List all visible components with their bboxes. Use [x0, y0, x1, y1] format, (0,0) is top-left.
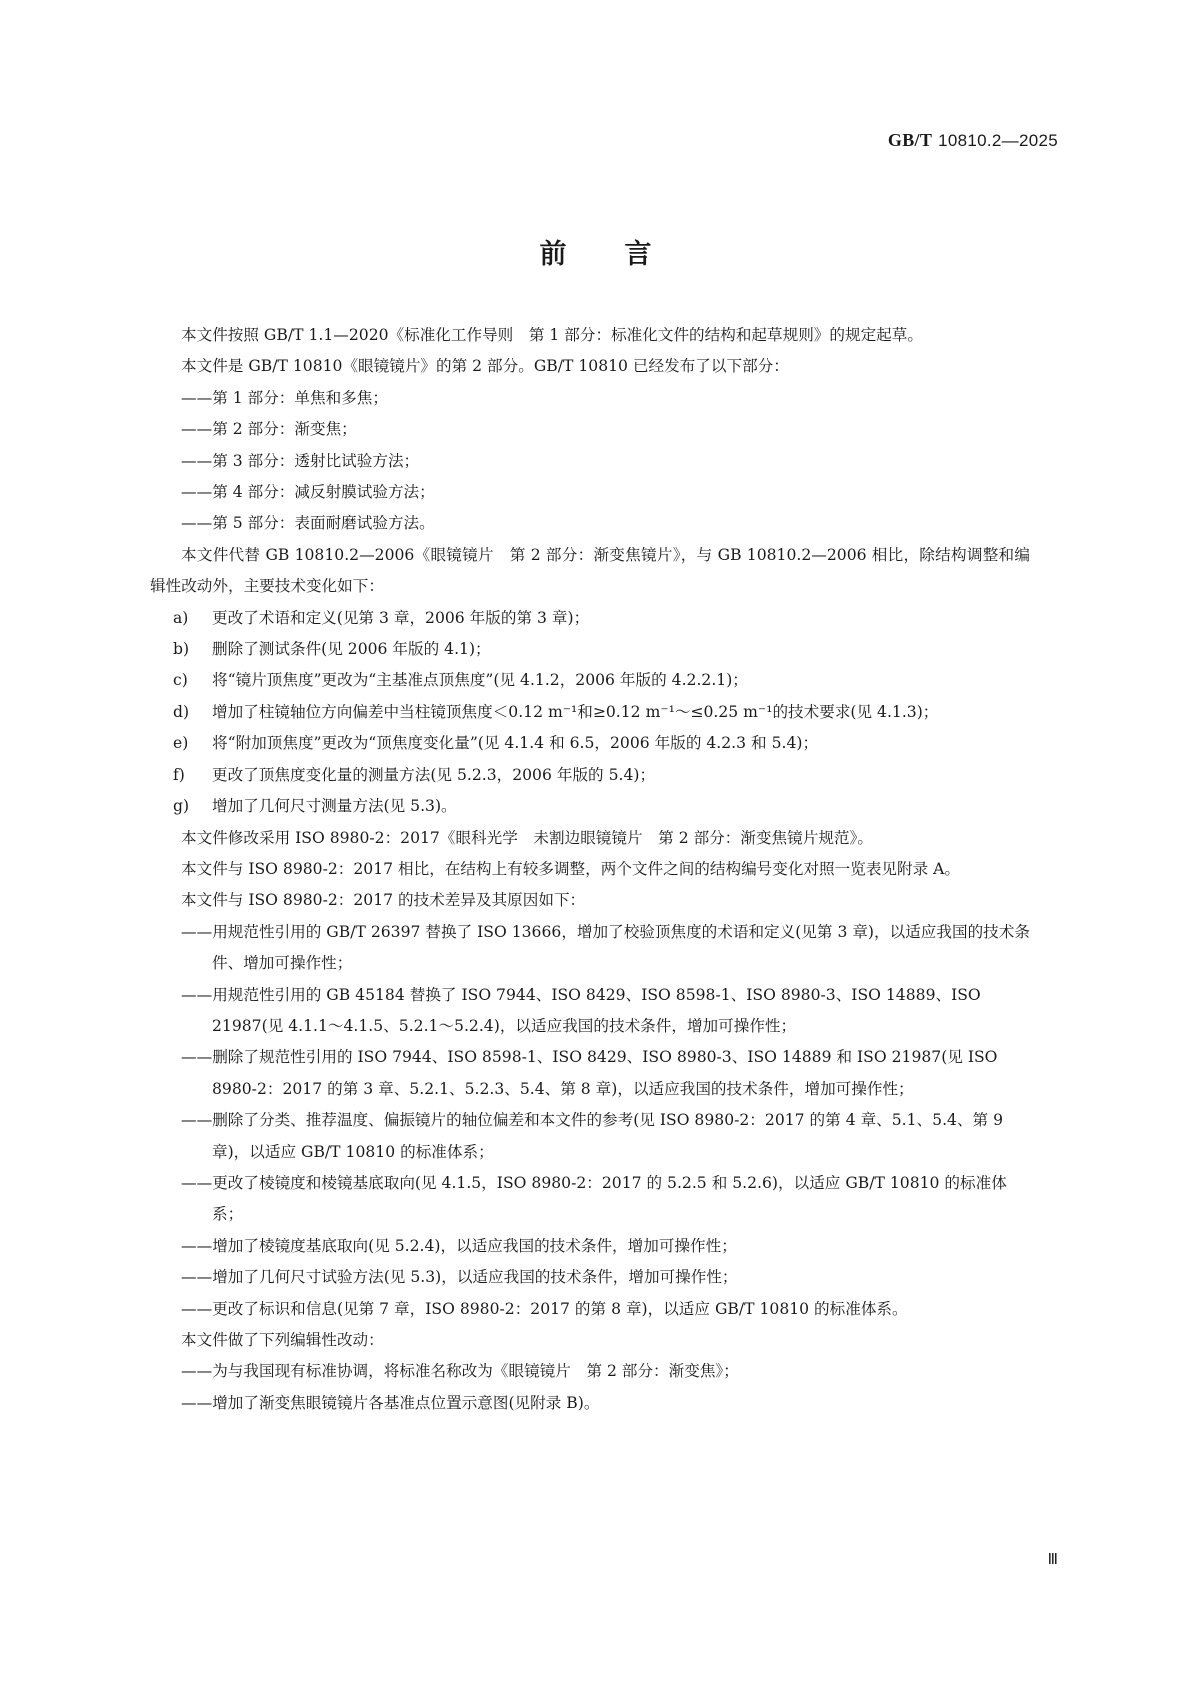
list-item-change: b)删除了测试条件(见 2006 年版的 4.1)；: [150, 634, 1030, 665]
list-text: 将“附加顶焦度”更改为“顶焦度变化量”(见 4.1.4 和 6.5，2006 年…: [212, 734, 818, 752]
list-item-part: ——第 3 部分：透射比试验方法；: [150, 446, 1030, 477]
document-code: GB/T10810.2—2025: [888, 130, 1058, 151]
list-text: 更改了顶焦度变化量的测量方法(见 5.2.3，2006 年版的 5.4)；: [212, 766, 655, 784]
paragraph-editorial-intro: 本文件做了下列编辑性改动：: [150, 1325, 1030, 1356]
list-label: c): [173, 665, 212, 696]
document-code-prefix: GB/T: [888, 130, 932, 150]
list-item-editorial: ——为与我国现有标准协调，将标准名称改为《眼镜镜片 第 2 部分：渐变焦》；: [150, 1356, 1030, 1387]
list-item-part: ——第 5 部分：表面耐磨试验方法。: [150, 508, 1030, 539]
list-item-difference: ——增加了几何尺寸试验方法(见 5.3)，以适应我国的技术条件，增加可操作性；: [150, 1262, 1030, 1293]
paragraph-replaces: 本文件代替 GB 10810.2—2006《眼镜镜片 第 2 部分：渐变焦镜片》…: [150, 540, 1030, 603]
list-item-change: f)更改了顶焦度变化量的测量方法(见 5.2.3，2006 年版的 5.4)；: [150, 760, 1030, 791]
list-label: e): [173, 728, 212, 759]
list-text: 更改了术语和定义(见第 3 章，2006 年版的第 3 章)；: [212, 609, 589, 627]
list-item-editorial: ——增加了渐变焦眼镜镜片各基准点位置示意图(见附录 B)。: [150, 1388, 1030, 1419]
list-item-change: e)将“附加顶焦度”更改为“顶焦度变化量”(见 4.1.4 和 6.5，2006…: [150, 728, 1030, 759]
list-label: a): [173, 603, 212, 634]
list-label: b): [173, 634, 212, 665]
list-item-change: a)更改了术语和定义(见第 3 章，2006 年版的第 3 章)；: [150, 603, 1030, 634]
list-item-part: ——第 4 部分：减反射膜试验方法；: [150, 477, 1030, 508]
list-label: f): [173, 760, 212, 791]
list-item-change: g)增加了几何尺寸测量方法(见 5.3)。: [150, 791, 1030, 822]
list-item-difference: ——更改了标识和信息(见第 7 章，ISO 8980-2：2017 的第 8 章…: [150, 1294, 1030, 1325]
list-item-change: d)增加了柱镜轴位方向偏差中当柱镜顶焦度＜0.12 m⁻¹和≥0.12 m⁻¹～…: [150, 697, 1030, 728]
list-item-difference: ——用规范性引用的 GB 45184 替换了 ISO 7944、ISO 8429…: [150, 980, 1030, 1043]
paragraph-differences-intro: 本文件与 ISO 8980-2：2017 的技术差异及其原因如下：: [150, 885, 1030, 916]
page-number: Ⅲ: [1048, 1550, 1058, 1569]
list-text: 将“镜片顶焦度”更改为“主基准点顶焦度”(见 4.1.2，2006 年版的 4.…: [212, 671, 748, 689]
page-title: 前言: [0, 232, 1191, 271]
list-item-difference: ——增加了棱镜度基底取向(见 5.2.4)，以适应我国的技术条件，增加可操作性；: [150, 1231, 1030, 1262]
list-label: d): [173, 697, 212, 728]
document-body: 本文件按照 GB/T 1.1—2020《标准化工作导则 第 1 部分：标准化文件…: [150, 320, 1030, 1419]
list-text: 增加了柱镜轴位方向偏差中当柱镜顶焦度＜0.12 m⁻¹和≥0.12 m⁻¹～≤0…: [212, 703, 938, 721]
list-text: 删除了测试条件(见 2006 年版的 4.1)；: [212, 640, 491, 658]
paragraph-drafting-basis: 本文件按照 GB/T 1.1—2020《标准化工作导则 第 1 部分：标准化文件…: [150, 320, 1030, 351]
list-item-difference: ——删除了规范性引用的 ISO 7944、ISO 8598-1、ISO 8429…: [150, 1042, 1030, 1105]
list-item-part: ——第 1 部分：单焦和多焦；: [150, 383, 1030, 414]
list-item-part: ——第 2 部分：渐变焦；: [150, 414, 1030, 445]
list-text: 增加了几何尺寸测量方法(见 5.3)。: [212, 797, 457, 815]
list-item-change: c)将“镜片顶焦度”更改为“主基准点顶焦度”(见 4.1.2，2006 年版的 …: [150, 665, 1030, 696]
document-code-number: 10810.2—2025: [938, 131, 1058, 150]
list-label: g): [173, 791, 212, 822]
list-item-difference: ——更改了棱镜度和棱镜基底取向(见 4.1.5，ISO 8980-2：2017 …: [150, 1168, 1030, 1231]
list-item-difference: ——删除了分类、推荐温度、偏振镜片的轴位偏差和本文件的参考(见 ISO 8980…: [150, 1105, 1030, 1168]
list-item-difference: ——用规范性引用的 GB/T 26397 替换了 ISO 13666，增加了校验…: [150, 917, 1030, 980]
paragraph-adoption: 本文件修改采用 ISO 8980-2：2017《眼科光学 未割边眼镜镜片 第 2…: [150, 823, 1030, 854]
paragraph-structure: 本文件与 ISO 8980-2：2017 相比，在结构上有较多调整，两个文件之间…: [150, 854, 1030, 885]
paragraph-series-intro: 本文件是 GB/T 10810《眼镜镜片》的第 2 部分。GB/T 10810 …: [150, 351, 1030, 382]
